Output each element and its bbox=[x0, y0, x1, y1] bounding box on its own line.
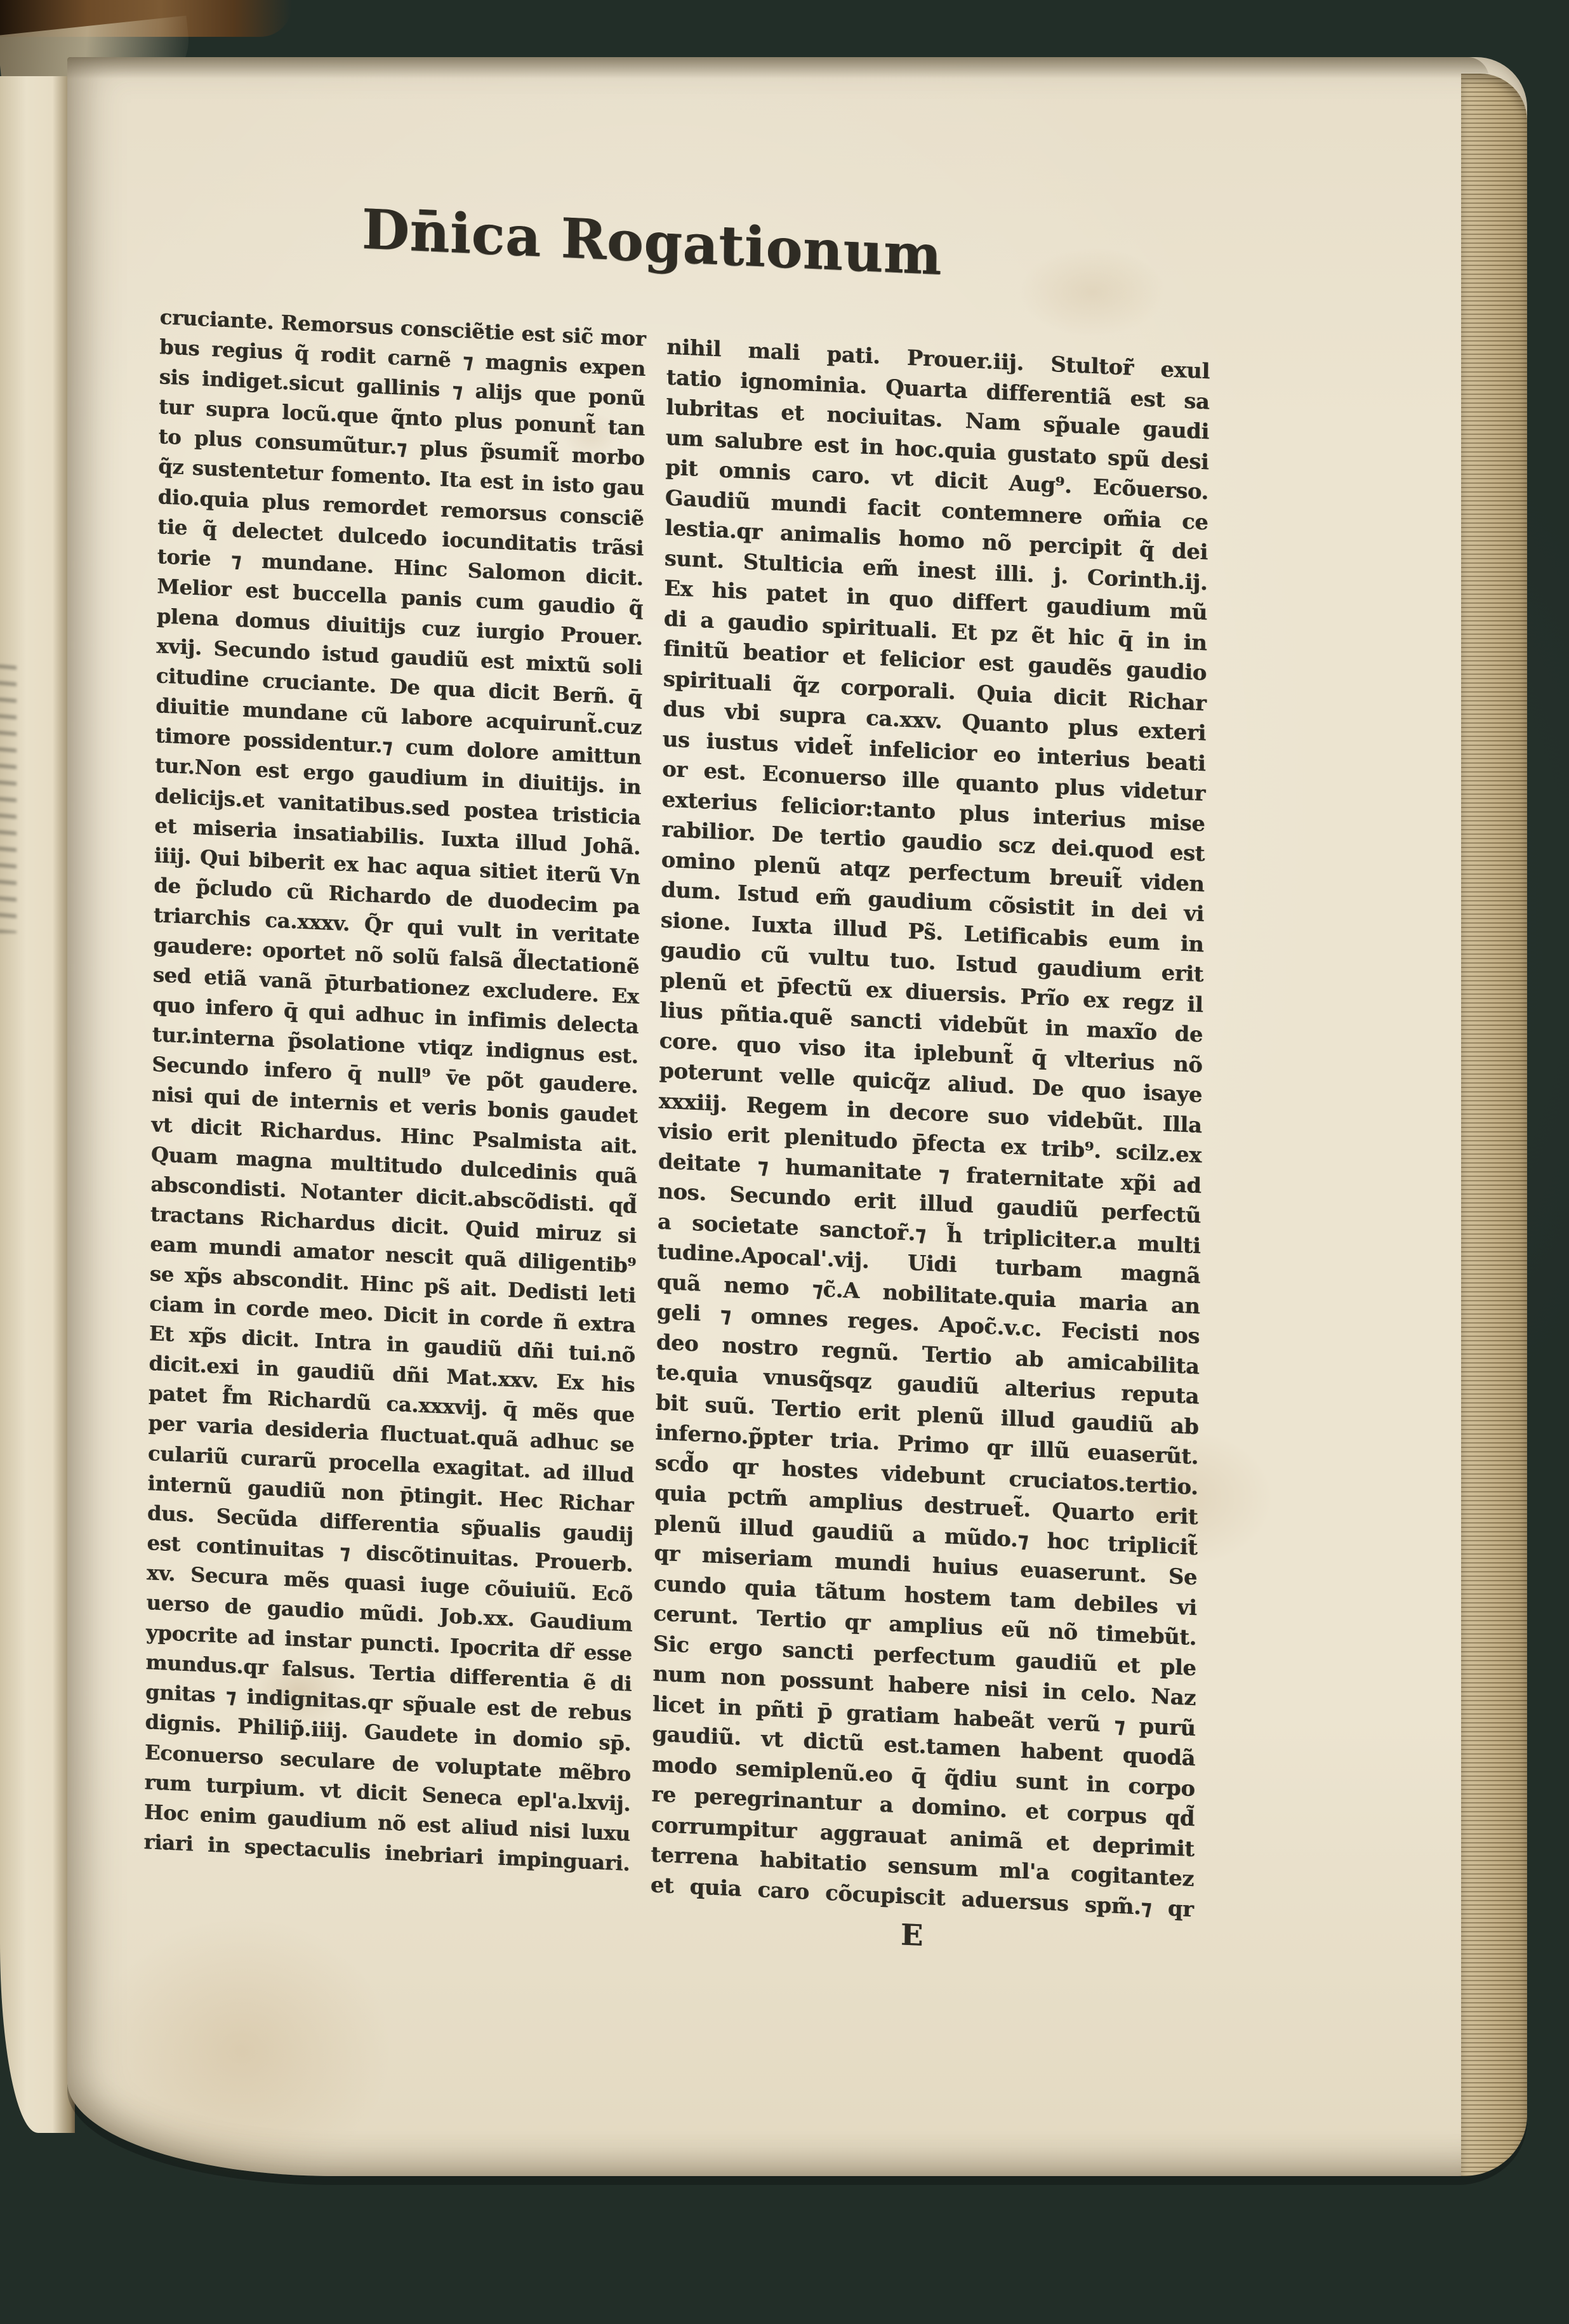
quire-signature-mark: E bbox=[901, 1917, 924, 1953]
printed-text-block: Dn̄ica Rogationum cruciante. Remorsus co… bbox=[48, 53, 1529, 2238]
text-column-right: nihil mali pati. Prouer.iij. Stultor̃ ex… bbox=[651, 332, 1210, 1925]
running-title: Dn̄ica Rogationum bbox=[334, 196, 970, 289]
book-page: Dn̄ica Rogationum cruciante. Remorsus co… bbox=[67, 57, 1527, 2176]
gutter-ink-marks bbox=[0, 660, 17, 933]
text-column-left: cruciante. Remorsus consciẽtie est sic̃ … bbox=[143, 302, 645, 1879]
